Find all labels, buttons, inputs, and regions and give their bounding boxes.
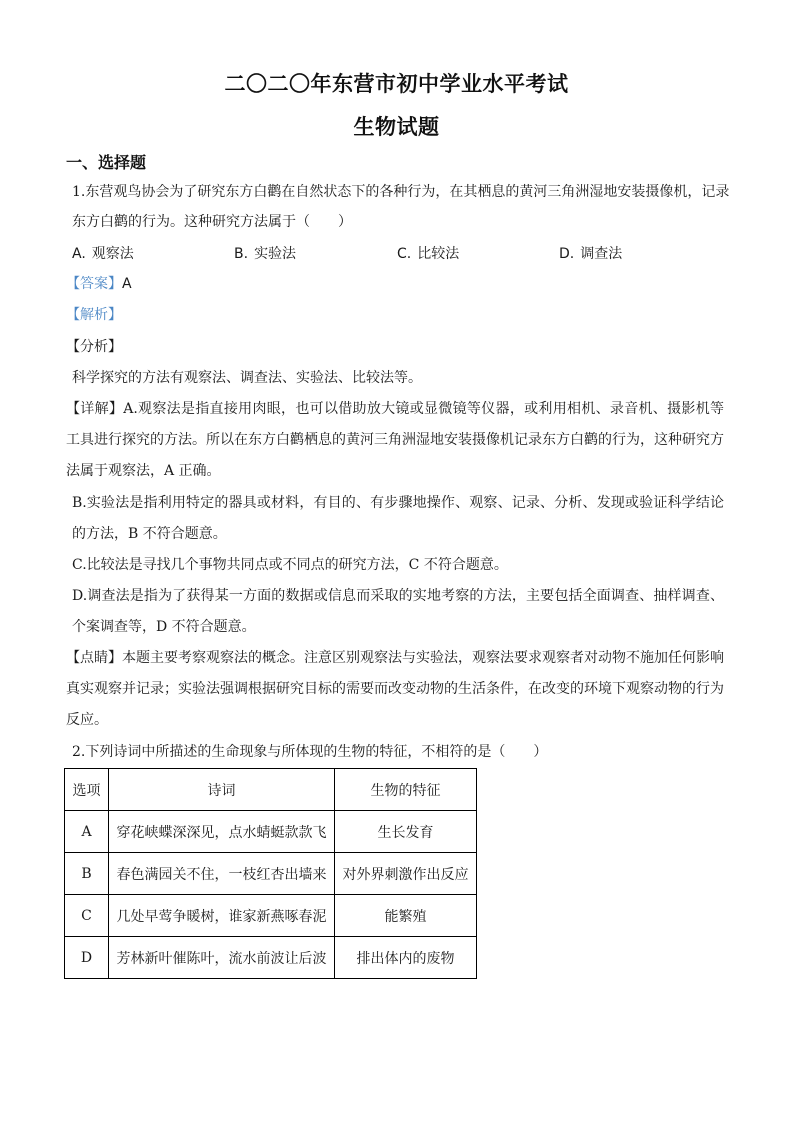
q2-table: 选项 诗词 生物的特征 A 穿花峡蝶深深见，点水蜻蜓款款飞 生长发育 B 春色满… bbox=[64, 768, 477, 979]
xiangjie-c-paragraph: C.比较法是寻找几个事物共同点或不同点的研究方法，C 不符合题意。 bbox=[72, 550, 724, 581]
fenxi-label: 【分析】 bbox=[66, 337, 122, 357]
q1-stem-line1: 1.东营观鸟协会为了研究东方白鹳在自然状态下的各种行为，在其栖息的黄河三角洲湿地… bbox=[72, 182, 729, 202]
dianjing-paragraph: 【点睛】本题主要考察观察法的概念。注意区别观察法与实验法，观察法要求观察者对动物… bbox=[66, 643, 724, 736]
table-header-row: 选项 诗词 生物的特征 bbox=[65, 769, 477, 811]
option-letter: A. bbox=[72, 246, 86, 262]
option-letter: C. bbox=[397, 246, 411, 262]
option-text: 比较法 bbox=[417, 246, 459, 262]
table-row: A 穿花峡蝶深深见，点水蜻蜓款款飞 生长发育 bbox=[65, 811, 477, 853]
xiangjie-d-paragraph: D.调查法是指为了获得某一方面的数据或信息而采取的实地考察的方法，主要包括全面调… bbox=[72, 581, 724, 643]
table-cell-feature: 对外界刺激作出反应 bbox=[335, 853, 477, 895]
answer-value: A bbox=[122, 276, 132, 292]
xiangjie-a-paragraph: 【详解】A.观察法是指直接用肉眼，也可以借助放大镜或显微镜等仪器，或利用相机、录… bbox=[66, 394, 724, 487]
option-letter: D. bbox=[559, 246, 574, 262]
table-cell-option: A bbox=[65, 811, 109, 853]
page-subtitle: 生物试题 bbox=[0, 111, 793, 141]
dianjing-label: 【点睛】 bbox=[66, 650, 122, 666]
section-heading: 一、选择题 bbox=[66, 150, 146, 173]
option-letter: B. bbox=[234, 246, 248, 262]
option-c[interactable]: C.比较法 bbox=[397, 243, 459, 263]
option-d[interactable]: D.调查法 bbox=[559, 243, 622, 263]
answer-line: 【答案】A bbox=[66, 274, 132, 294]
table-cell-poem: 芳林新叶催陈叶，流水前波让后波 bbox=[109, 937, 335, 979]
page-title: 二〇二〇年东营市初中学业水平考试 bbox=[0, 68, 793, 98]
analysis-label: 【解析】 bbox=[66, 305, 122, 325]
document-page: 二〇二〇年东营市初中学业水平考试 生物试题 一、选择题 1.东营观鸟协会为了研究… bbox=[0, 0, 793, 1122]
q1-stem-line2: 东方白鹳的行为。这种研究方法属于（ ） bbox=[72, 212, 352, 232]
option-text: 观察法 bbox=[92, 246, 134, 262]
q2-stem: 2.下列诗词中所描述的生命现象与所体现的生物的特征，不相符的是（ ） bbox=[72, 742, 547, 762]
xiangjie-a-text: A.观察法是指直接用肉眼，也可以借助放大镜或显微镜等仪器，或利用相机、录音机、摄… bbox=[66, 401, 724, 479]
table-row: B 春色满园关不住，一枝红杏出墙来 对外界刺激作出反应 bbox=[65, 853, 477, 895]
option-text: 实验法 bbox=[254, 246, 296, 262]
table-cell-option: C bbox=[65, 895, 109, 937]
option-a[interactable]: A.观察法 bbox=[72, 243, 134, 263]
table-row: D 芳林新叶催陈叶，流水前波让后波 排出体内的废物 bbox=[65, 937, 477, 979]
option-text: 调查法 bbox=[580, 246, 622, 262]
table-cell-option: D bbox=[65, 937, 109, 979]
table-cell-feature: 生长发育 bbox=[335, 811, 477, 853]
table-cell-poem: 春色满园关不住，一枝红杏出墙来 bbox=[109, 853, 335, 895]
table-header-cell: 诗词 bbox=[109, 769, 335, 811]
table-row: C 几处早莺争暖树，谁家新燕啄春泥 能繁殖 bbox=[65, 895, 477, 937]
table-cell-feature: 排出体内的废物 bbox=[335, 937, 477, 979]
table-cell-feature: 能繁殖 bbox=[335, 895, 477, 937]
fenxi-text: 科学探究的方法有观察法、调查法、实验法、比较法等。 bbox=[72, 368, 422, 388]
table-cell-option: B bbox=[65, 853, 109, 895]
q1-options: A.观察法 B.实验法 C.比较法 D.调查法 bbox=[72, 243, 732, 263]
xiangjie-b-paragraph: B.实验法是指利用特定的器具或材料，有目的、有步骤地操作、观察、记录、分析、发现… bbox=[72, 488, 724, 550]
xiangjie-label: 【详解】 bbox=[66, 401, 123, 417]
answer-label: 【答案】 bbox=[66, 276, 122, 292]
table-header-cell: 生物的特征 bbox=[335, 769, 477, 811]
table-header-cell: 选项 bbox=[65, 769, 109, 811]
table-cell-poem: 穿花峡蝶深深见，点水蜻蜓款款飞 bbox=[109, 811, 335, 853]
option-b[interactable]: B.实验法 bbox=[234, 243, 296, 263]
table-cell-poem: 几处早莺争暖树，谁家新燕啄春泥 bbox=[109, 895, 335, 937]
dianjing-text: 本题主要考察观察法的概念。注意区别观察法与实验法，观察法要求观察者对动物不施加任… bbox=[66, 650, 724, 728]
